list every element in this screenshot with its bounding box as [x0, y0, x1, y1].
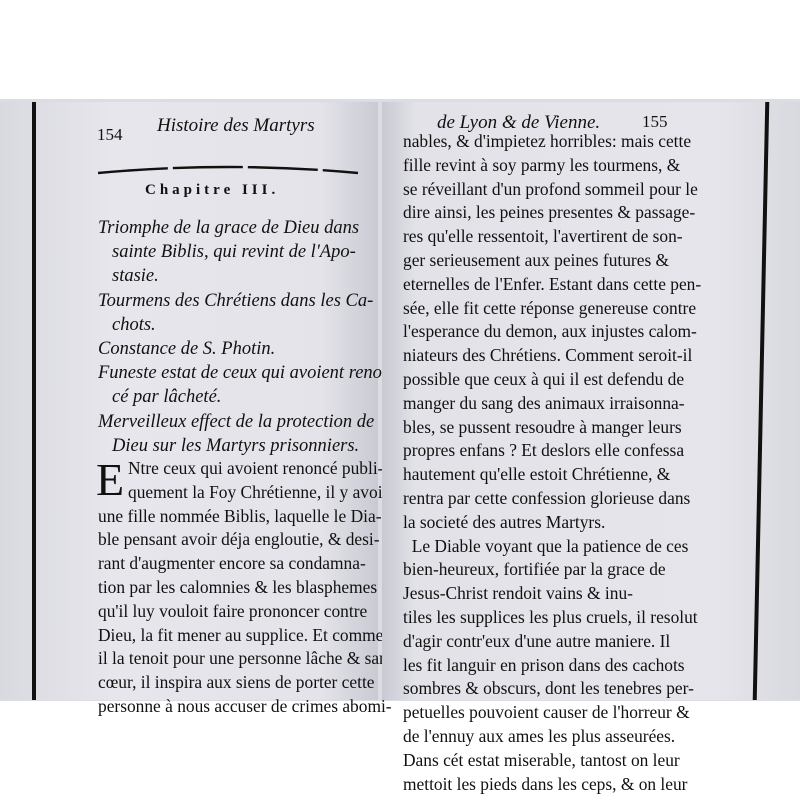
body-line: rant d'augmenter encore sa condamna- [98, 552, 395, 576]
body-line: cœur, il inspira aux siens de porter cet… [98, 671, 395, 695]
summary-line: cé par lâcheté. [98, 385, 397, 409]
summary-line: Dieu sur les Martyrs prisonniers. [98, 434, 397, 458]
summary-line: Triomphe de la grace de Dieu dans [98, 216, 397, 240]
body-line: se réveillant d'un profond sommeil pour … [403, 178, 701, 202]
body-line: hautement qu'elle estoit Chrétienne, & [403, 463, 701, 487]
body-line: possible que ceux à qui il est defendu d… [403, 368, 701, 392]
body-line: la societé des autres Martyrs. [403, 511, 701, 535]
summary-line: Merveilleux effect de la protection de [98, 410, 397, 434]
body-line: l'esperance du demon, aux injustes calom… [403, 320, 701, 344]
chapter-title: Chapitre III. [145, 182, 279, 199]
body-line: dire ainsi, les peines presentes & passa… [403, 201, 701, 225]
body-line: quement la Foy Chrétienne, il y avoit [98, 481, 395, 505]
summary-line: Constance de S. Photin. [98, 337, 397, 361]
body-line: personne à nous accuser de crimes abomi- [98, 695, 395, 719]
body-line: sée, elle fit cette réponse genereuse co… [403, 297, 701, 321]
body-line: il la tenoit pour une personne lâche & s… [98, 647, 395, 671]
left-page: 154 Histoire des Martyrs Chapitre III. T… [0, 102, 378, 700]
body-line: Dieu, la fit mener au supplice. Et comme [98, 624, 395, 648]
body-line: qu'il luy vouloit faire prononcer contre [98, 600, 395, 624]
body-line: Jesus-Christ rendoit vains & inu- [403, 582, 701, 606]
right-page-number: 155 [642, 112, 668, 132]
header-rule [98, 160, 358, 170]
summary-line: Tourmens des Chrétiens dans les Ca- [98, 289, 397, 313]
right-body-text: nables, & d'impietez horribles: mais cet… [403, 130, 701, 796]
body-line: d'agir contr'eux d'une autre maniere. Il [403, 630, 701, 654]
body-line: nables, & d'impietez horribles: mais cet… [403, 130, 701, 154]
summary-line: chots. [98, 313, 397, 337]
left-body-text: Ntre ceux qui avoient renoncé publi- que… [98, 457, 395, 719]
body-line: niateurs des Chrétiens. Comment seroit-i… [403, 344, 701, 368]
body-line: Le Diable voyant que la patience de ces [403, 535, 701, 559]
left-running-head: Histoire des Martyrs [157, 115, 315, 137]
summary-line: stasie. [98, 264, 397, 288]
body-line: petuelles pouvoient causer de l'horreur … [403, 701, 701, 725]
right-page: de Lyon & de Vienne. 155 nables, & d'imp… [382, 102, 800, 700]
body-line: Dans cét estat miserable, tantost on leu… [403, 749, 701, 773]
left-page-edge-line [32, 102, 36, 700]
body-line: tiles les supplices les plus cruels, il … [403, 606, 701, 630]
body-line: bles, se pussent resoudre à manger leurs [403, 416, 701, 440]
chapter-summary: Triomphe de la grace de Dieu dans sainte… [98, 216, 397, 458]
body-line: de l'ennuy aux ames les plus asseurées. [403, 725, 701, 749]
body-line: eternelles de l'Enfer. Estant dans cette… [403, 273, 701, 297]
body-line: rentra par cette confession glorieuse da… [403, 487, 701, 511]
body-line: tion par les calomnies & les blasphemes [98, 576, 395, 600]
body-line: les fit languir en prison dans des cacho… [403, 654, 701, 678]
body-line: fille revint à soy parmy les tourmens, & [403, 154, 701, 178]
body-line: Ntre ceux qui avoient renoncé publi- [98, 457, 395, 481]
body-line: une fille nommée Biblis, laquelle le Dia… [98, 505, 395, 529]
summary-line: Funeste estat de ceux qui avoient renon- [98, 361, 397, 385]
summary-line: sainte Biblis, qui revint de l'Apo- [98, 240, 397, 264]
body-line: propres enfans ? Et deslors elle confess… [403, 439, 701, 463]
body-line: ble pensant avoir déja engloutie, & desi… [98, 528, 395, 552]
body-line: sombres & obscurs, dont les tenebres per… [403, 677, 701, 701]
body-line: ger serieusement aux peines futures & [403, 249, 701, 273]
right-page-edge-line [753, 102, 770, 700]
body-line: mettoit les pieds dans les ceps, & on le… [403, 773, 701, 797]
left-page-number: 154 [97, 125, 123, 145]
body-line: res qu'elle ressentoit, l'avertirent de … [403, 225, 701, 249]
body-line: bien-heureux, fortifiée par la grace de [403, 558, 701, 582]
body-line: manger du sang des animaux irraisonna- [403, 392, 701, 416]
